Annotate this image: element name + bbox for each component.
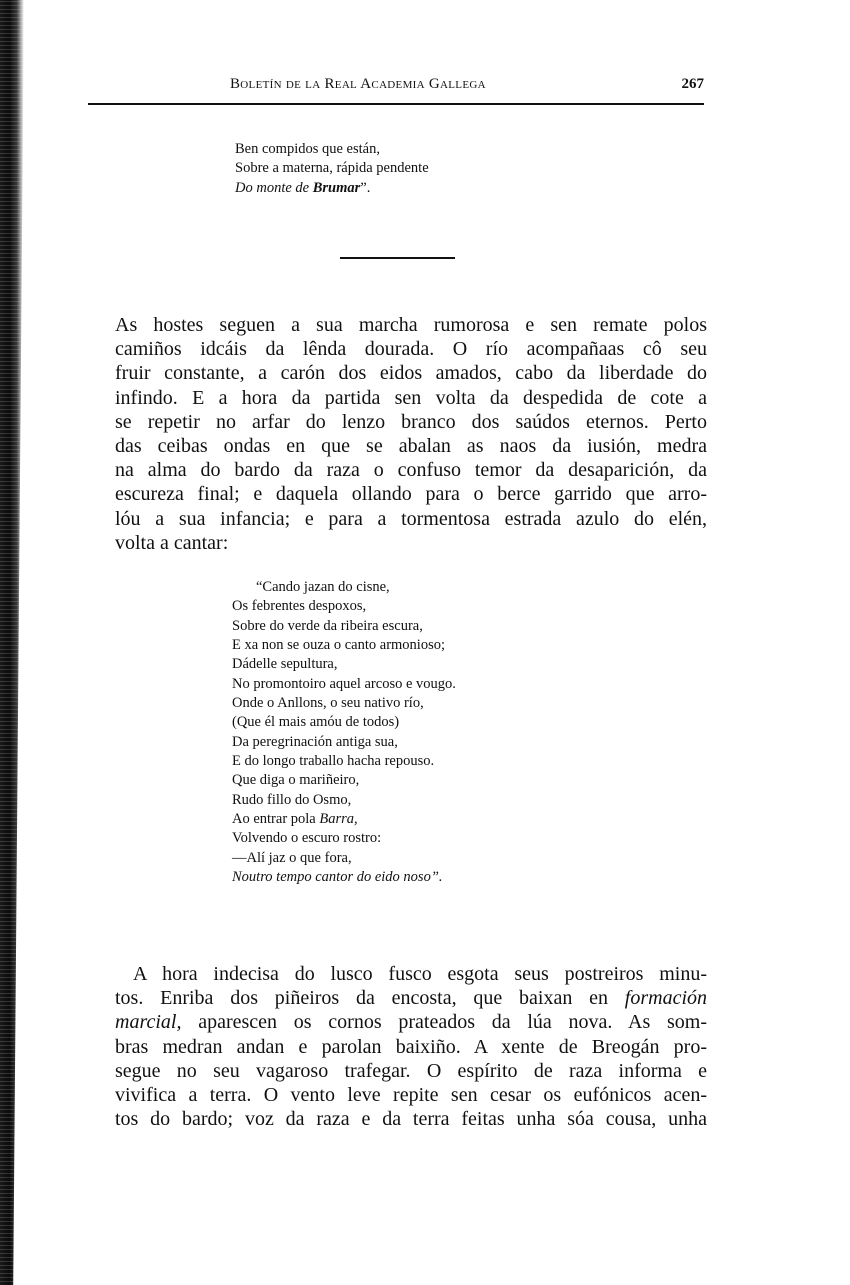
- paragraph-line: fruir constante, a carón dos eidos amado…: [115, 361, 707, 385]
- poem-line: Da peregrinación antiga sua,: [232, 733, 456, 752]
- poem-line: Onde o Anllons, o seu nativo río,: [232, 694, 456, 713]
- header-rule: [88, 103, 704, 105]
- paragraph-line: tos do bardo; voz da raza e da terra fei…: [115, 1107, 707, 1131]
- paragraph-line: A hora indecisa do lusco fusco esgota se…: [115, 962, 707, 986]
- running-head: Boletín de la Real Academia Gallega 267: [90, 72, 704, 100]
- poem-line: E xa non se ouza o canto armonioso;: [232, 636, 456, 655]
- paragraph-line: tos. Enriba dos piñeiros da encosta, que…: [115, 986, 707, 1010]
- verse-line: Do monte de Brumar”.: [235, 179, 429, 198]
- page-number: 267: [682, 76, 705, 93]
- paragraph-1: As hostes seguen a sua marcha rumorosa e…: [115, 313, 707, 555]
- poem-line: Ao entrar pola Barra,: [232, 810, 456, 829]
- poem-line: No promontoiro aquel arcoso e vougo.: [232, 675, 456, 694]
- paragraph-line: vivifica a terra. O vento leve repite se…: [115, 1083, 707, 1107]
- paragraph-line: escureza final; e daquela ollando para o…: [115, 482, 707, 506]
- italic-word-brumar: Brumar: [313, 180, 361, 196]
- poem-line: (Que él mais amóu de todos): [232, 713, 456, 732]
- poem-italic-line: Noutro tempo cantor do eido noso”.: [232, 869, 443, 885]
- verse-line: Sobre a materna, rápida pendente: [235, 159, 429, 178]
- paragraph-line: segue no seu vagaroso trafegar. O espíri…: [115, 1059, 707, 1083]
- paragraph-line: lóu a sua infancia; e para a tormentosa …: [115, 507, 707, 531]
- section-divider: [340, 257, 455, 259]
- paragraph-2: A hora indecisa do lusco fusco esgota se…: [115, 962, 707, 1131]
- italic-word-formacion: formación: [625, 987, 707, 1009]
- paragraph-line: infindo. E a hora da partida sen volta d…: [115, 386, 707, 410]
- running-title: Boletín de la Real Academia Gallega: [230, 76, 486, 93]
- paragraph-line-start: tos. Enriba dos piñeiros da encosta, que…: [115, 987, 625, 1009]
- verse-line-start: Do monte de: [235, 180, 313, 196]
- poem-line: Rudo fillo do Osmo,: [232, 791, 456, 810]
- poem-line: Os febrentes despoxos,: [232, 597, 456, 616]
- paragraph-line: bras medran andan e parolan baixiño. A x…: [115, 1035, 707, 1059]
- poem-line: E do longo traballo hacha repouso.: [232, 752, 456, 771]
- poem-line: Que diga o mariñeiro,: [232, 771, 456, 790]
- paragraph-line: se repetir no arfar do lenzo branco dos …: [115, 410, 707, 434]
- verse-closing-quote: ”.: [360, 180, 370, 196]
- paragraph-line: das ceibas ondas en que se abalan as nao…: [115, 434, 707, 458]
- scanned-book-spine-edge: [0, 0, 24, 1285]
- poem-line-start: Ao entrar pola: [232, 811, 319, 827]
- poem-line: Sobre do verde da ribeira escura,: [232, 617, 456, 636]
- paragraph-line-rest: aparescen os cornos prateados da lúa nov…: [181, 1011, 707, 1033]
- opening-verse: Ben compidos que están, Sobre a materna,…: [235, 140, 429, 198]
- paragraph-line: camiños idcáis da lênda dourada. O río a…: [115, 337, 707, 361]
- poem-line: Volvendo o escuro rostro:: [232, 829, 456, 848]
- poem: “Cando jazan do cisne, Os febrentes desp…: [232, 578, 456, 888]
- italic-word-barra: Barra,: [319, 811, 357, 827]
- verse-line: Ben compidos que están,: [235, 140, 429, 159]
- paragraph-line: volta a cantar:: [115, 531, 707, 555]
- paragraph-line: As hostes seguen a sua marcha rumorosa e…: [115, 313, 707, 337]
- poem-line: “Cando jazan do cisne,: [232, 578, 456, 597]
- poem-line: —Alí jaz o que fora,: [232, 849, 456, 868]
- paragraph-line: na alma do bardo da raza o confuso temor…: [115, 458, 707, 482]
- poem-line: Noutro tempo cantor do eido noso”.: [232, 868, 456, 887]
- poem-line: Dádelle sepultura,: [232, 655, 456, 674]
- italic-word-marcial: marcial,: [115, 1011, 181, 1033]
- paragraph-line: marcial, aparescen os cornos prateados d…: [115, 1010, 707, 1034]
